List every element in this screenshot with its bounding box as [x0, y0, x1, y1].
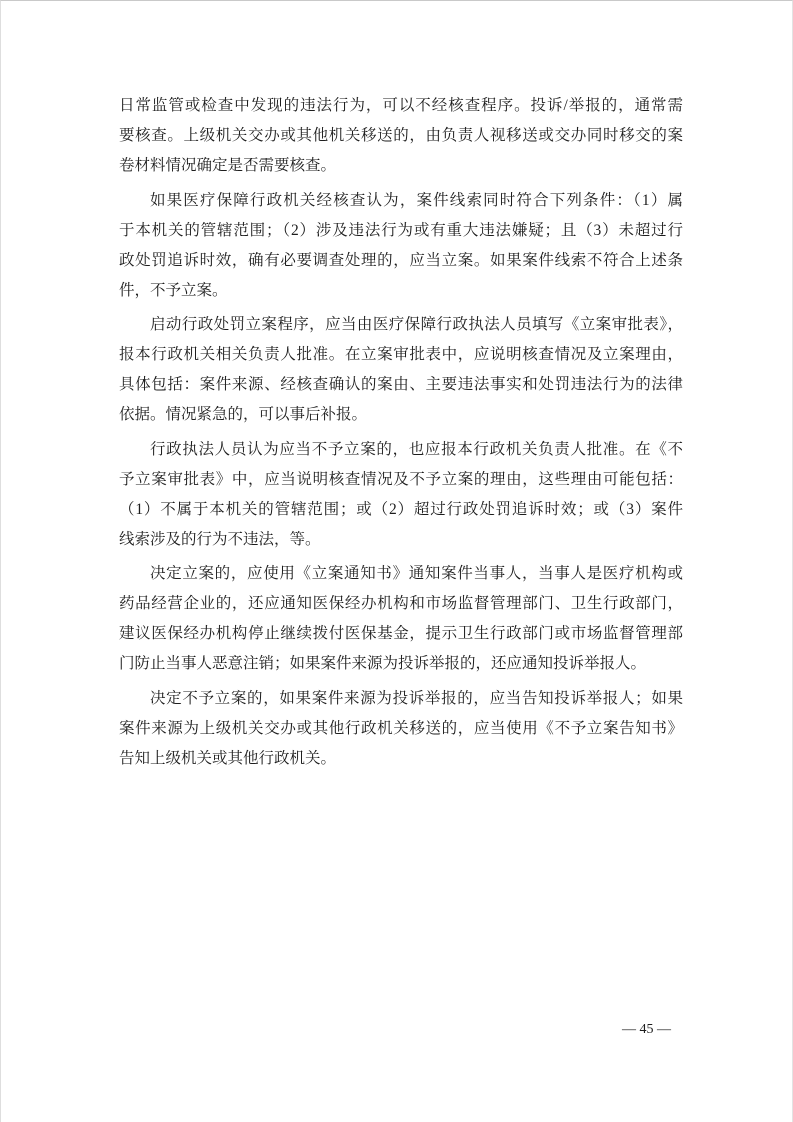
text-line: 决定不予立案的，如果案件来源为投诉举报的，应当告知投诉举报人；如果 [119, 684, 683, 714]
text-line: 线索涉及的行为不违法，等。 [119, 525, 683, 555]
text-line: 依据。情况紧急的，可以事后补报。 [119, 400, 683, 430]
text-line: 决定立案的，应使用《立案通知书》通知案件当事人，当事人是医疗机构或 [119, 559, 683, 589]
text-line: 卷材料情况确定是否需要核查。 [119, 151, 683, 181]
text-line: 件，不予立案。 [119, 276, 683, 306]
text-line: 启动行政处罚立案程序，应当由医疗保障行政执法人员填写《立案审批表》， [119, 310, 683, 340]
text-line: （1）不属于本机关的管辖范围；或（2）超过行政处罚追诉时效；或（3）案件 [119, 495, 683, 525]
text-line: 建议医保经办机构停止继续拨付医保基金，提示卫生行政部门或市场监督管理部 [119, 619, 683, 649]
text-line: 于本机关的管辖范围；（2）涉及违法行为或有重大违法嫌疑；且（3）未超过行 [119, 216, 683, 246]
text-line: 政处罚追诉时效，确有必要调查处理的，应当立案。如果案件线索不符合上述条 [119, 246, 683, 276]
page-number: — 45 — [622, 1021, 671, 1039]
text-line: 行政执法人员认为应当不予立案的，也应报本行政机关负责人批准。在《不 [119, 435, 683, 465]
text-line: 药品经营企业的，还应通知医保经办机构和市场监督管理部门、卫生行政部门， [119, 589, 683, 619]
document-body: 日常监管或检查中发现的违法行为，可以不经核查程序。投诉/举报的，通常需要核查。上… [119, 91, 683, 778]
paragraph: 决定不予立案的，如果案件来源为投诉举报的，应当告知投诉举报人；如果案件来源为上级… [119, 684, 683, 774]
text-line: 予立案审批表》中，应当说明核查情况及不予立案的理由，这些理由可能包括： [119, 465, 683, 495]
text-line: 案件来源为上级机关交办或其他行政机关移送的，应当使用《不予立案告知书》 [119, 714, 683, 744]
text-line: 日常监管或检查中发现的违法行为，可以不经核查程序。投诉/举报的，通常需 [119, 91, 683, 121]
paragraph: 启动行政处罚立案程序，应当由医疗保障行政执法人员填写《立案审批表》，报本行政机关… [119, 310, 683, 430]
text-line: 告知上级机关或其他行政机关。 [119, 744, 683, 774]
text-line: 门防止当事人恶意注销；如果案件来源为投诉举报的，还应通知投诉举报人。 [119, 649, 683, 679]
paragraph: 决定立案的，应使用《立案通知书》通知案件当事人，当事人是医疗机构或药品经营企业的… [119, 559, 683, 679]
text-line: 如果医疗保障行政机关经核查认为，案件线索同时符合下列条件：（1）属 [119, 186, 683, 216]
text-line: 报本行政机关相关负责人批准。在立案审批表中，应说明核查情况及立案理由， [119, 340, 683, 370]
text-line: 要核查。上级机关交办或其他机关移送的，由负责人视移送或交办同时移交的案 [119, 121, 683, 151]
paragraph: 日常监管或检查中发现的违法行为，可以不经核查程序。投诉/举报的，通常需要核查。上… [119, 91, 683, 181]
paragraph: 如果医疗保障行政机关经核查认为，案件线索同时符合下列条件：（1）属于本机关的管辖… [119, 186, 683, 306]
paragraph: 行政执法人员认为应当不予立案的，也应报本行政机关负责人批准。在《不予立案审批表》… [119, 435, 683, 555]
text-line: 具体包括：案件来源、经核查确认的案由、主要违法事实和处罚违法行为的法律 [119, 370, 683, 400]
document-page: 日常监管或检查中发现的违法行为，可以不经核查程序。投诉/举报的，通常需要核查。上… [0, 0, 793, 1122]
